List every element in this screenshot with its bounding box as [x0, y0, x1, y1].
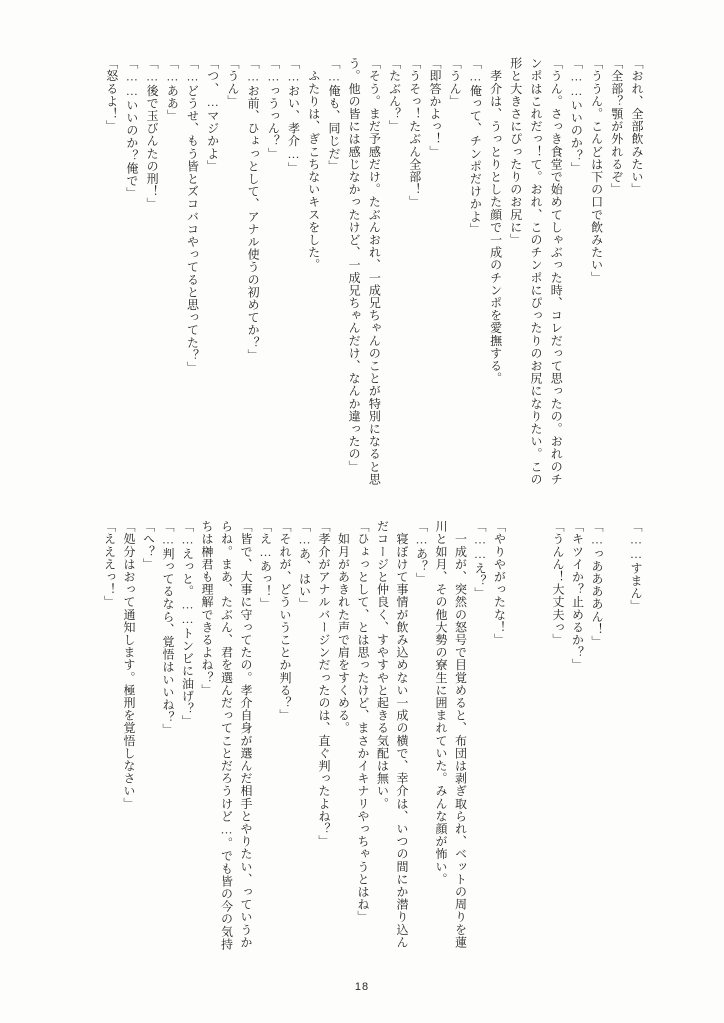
text-line: 「処分はおって通知します。極刑を覚悟しなさい」 — [119, 520, 139, 982]
text-line: 「おれ、全部飲みたい」 — [627, 57, 647, 509]
page-number: 18 — [0, 981, 724, 993]
text-line: 「…判ってるなら、覚悟はいいね？」 — [158, 520, 178, 982]
text-line: 「うん」 — [445, 57, 465, 509]
text-line: 「皆で、大事に守ってたの。孝介自身が選んだ相手とやりたい、っていうか — [236, 520, 256, 982]
text-line: 「……すまん」 — [626, 520, 646, 982]
text-line: 一成が、突然の怒号で目覚めると、布団は剥ぎ取られ、ベットの周りを蓮 — [450, 520, 470, 982]
text-line: 「うん」 — [223, 57, 243, 509]
text-line: 「ううん。こんどは下の口で飲みたい」 — [586, 57, 606, 509]
text-line: 「え…あっ！」 — [255, 520, 275, 982]
text-line: ふたりは、ぎこちないキスをした。 — [304, 57, 324, 509]
text-line: だコージと仲良く、すやすやと起きる気配は無い。 — [372, 520, 392, 982]
text-line — [606, 520, 626, 982]
text-line: 「…後で玉びんたの刑！」 — [142, 57, 162, 509]
text-line: 川と如月、その他大勢の寮生に囲まれていた。みんな顔が怖い。 — [431, 520, 451, 982]
text-block-top: 「おれ、全部飲みたい」「全部？顎が外れるぞ」「ううん。こんどは下の口で飲みたい」… — [102, 57, 647, 509]
text-line: 「…お前、ひょっとして、アナル使うの初めてか？」 — [243, 57, 263, 509]
text-line: 「……いいのか？俺で」 — [122, 57, 142, 509]
text-line: 「うんん！大丈夫っ」 — [548, 520, 568, 982]
text-line: 「即答かよっ！」 — [425, 57, 445, 509]
text-line — [528, 520, 548, 982]
text-line: 「それが、どういうことか判る？」 — [275, 520, 295, 982]
text-line: 孝介は、うっとりとした顔で一成のチンポを愛撫する。 — [485, 57, 505, 509]
text-line: 「…ああ」 — [162, 57, 182, 509]
text-line: らね。まあ、たぶん、君を選んだってことだろうけど…。でも皆の今の気持 — [216, 520, 236, 982]
text-line: 如月があきれた声で肩をすくめる。 — [333, 520, 353, 982]
scanned-page: 「おれ、全部飲みたい」「全部？顎が外れるぞ」「ううん。こんどは下の口で飲みたい」… — [0, 0, 724, 1023]
text-block-bottom: 「……すまん」「…っああああん！」「キツイか？止めるか？」「うんん！大丈夫っ」「… — [99, 520, 645, 982]
text-line: 「……いいのか？」 — [566, 57, 586, 509]
text-line: 「…あ？」 — [411, 520, 431, 982]
text-line: 「キツイか？止めるか？」 — [567, 520, 587, 982]
text-line: う。他の皆には感じなかったけど、一成兄ちゃんだけ、なんか違ったの」 — [344, 57, 364, 509]
text-line: 「……え？」 — [470, 520, 490, 982]
text-line: 「えええっ！」 — [99, 520, 119, 982]
text-line: 「…どうせ、もう皆とズコバコやってると思ってた？」 — [182, 57, 202, 509]
text-line — [509, 520, 529, 982]
text-line: 「…俺って、チンポだけかよ」 — [465, 57, 485, 509]
text-line: 「全部？顎が外れるぞ」 — [607, 57, 627, 509]
text-line: 「孝介がアナルバージンだったのは、直ぐ判ったよね？」 — [314, 520, 334, 982]
text-line: 「…おい、孝介…」 — [283, 57, 303, 509]
text-line: ンポはこれだっ！て。おれ、このチンポにぴったりのお尻になりたい。この — [526, 57, 546, 509]
text-line: 「怒るよ！」 — [102, 57, 122, 509]
text-line: 「ひょっとして、とは思ったけど、まさかイキナリやっちゃうとはね」 — [353, 520, 373, 982]
text-line: 「…俺も、同じだ」 — [324, 57, 344, 509]
text-line: 「たぶん？」 — [384, 57, 404, 509]
text-line: 「つ、…マジかよ」 — [203, 57, 223, 509]
text-line: 「そう。まだ予感だけ。たぶんおれ、一成兄ちゃんのことが特別になると思 — [364, 57, 384, 509]
text-line: 「…っうっん？」 — [263, 57, 283, 509]
text-line: 「…っああああん！」 — [587, 520, 607, 982]
text-line: 形と大きさにぴったりのお尻に」 — [506, 57, 526, 509]
text-line: 「やりやがったな！」 — [489, 520, 509, 982]
text-line: 「へ？」 — [138, 520, 158, 982]
text-line: ちは榊君も理解できるよね？」 — [197, 520, 217, 982]
text-line: 「…あ、はい」 — [294, 520, 314, 982]
text-line: 寝ぼけて事情が飲み込めない一成の横で、幸介は、いつの間にか潜り込ん — [392, 520, 412, 982]
text-line: 「うそっ！たぶん全部！」 — [405, 57, 425, 509]
text-line: 「…えっと。……トンビに油げ？」 — [177, 520, 197, 982]
text-line: 「うん。さっき食堂で始めてしゃぶった時、コレだって思ったの。おれのチ — [546, 57, 566, 509]
